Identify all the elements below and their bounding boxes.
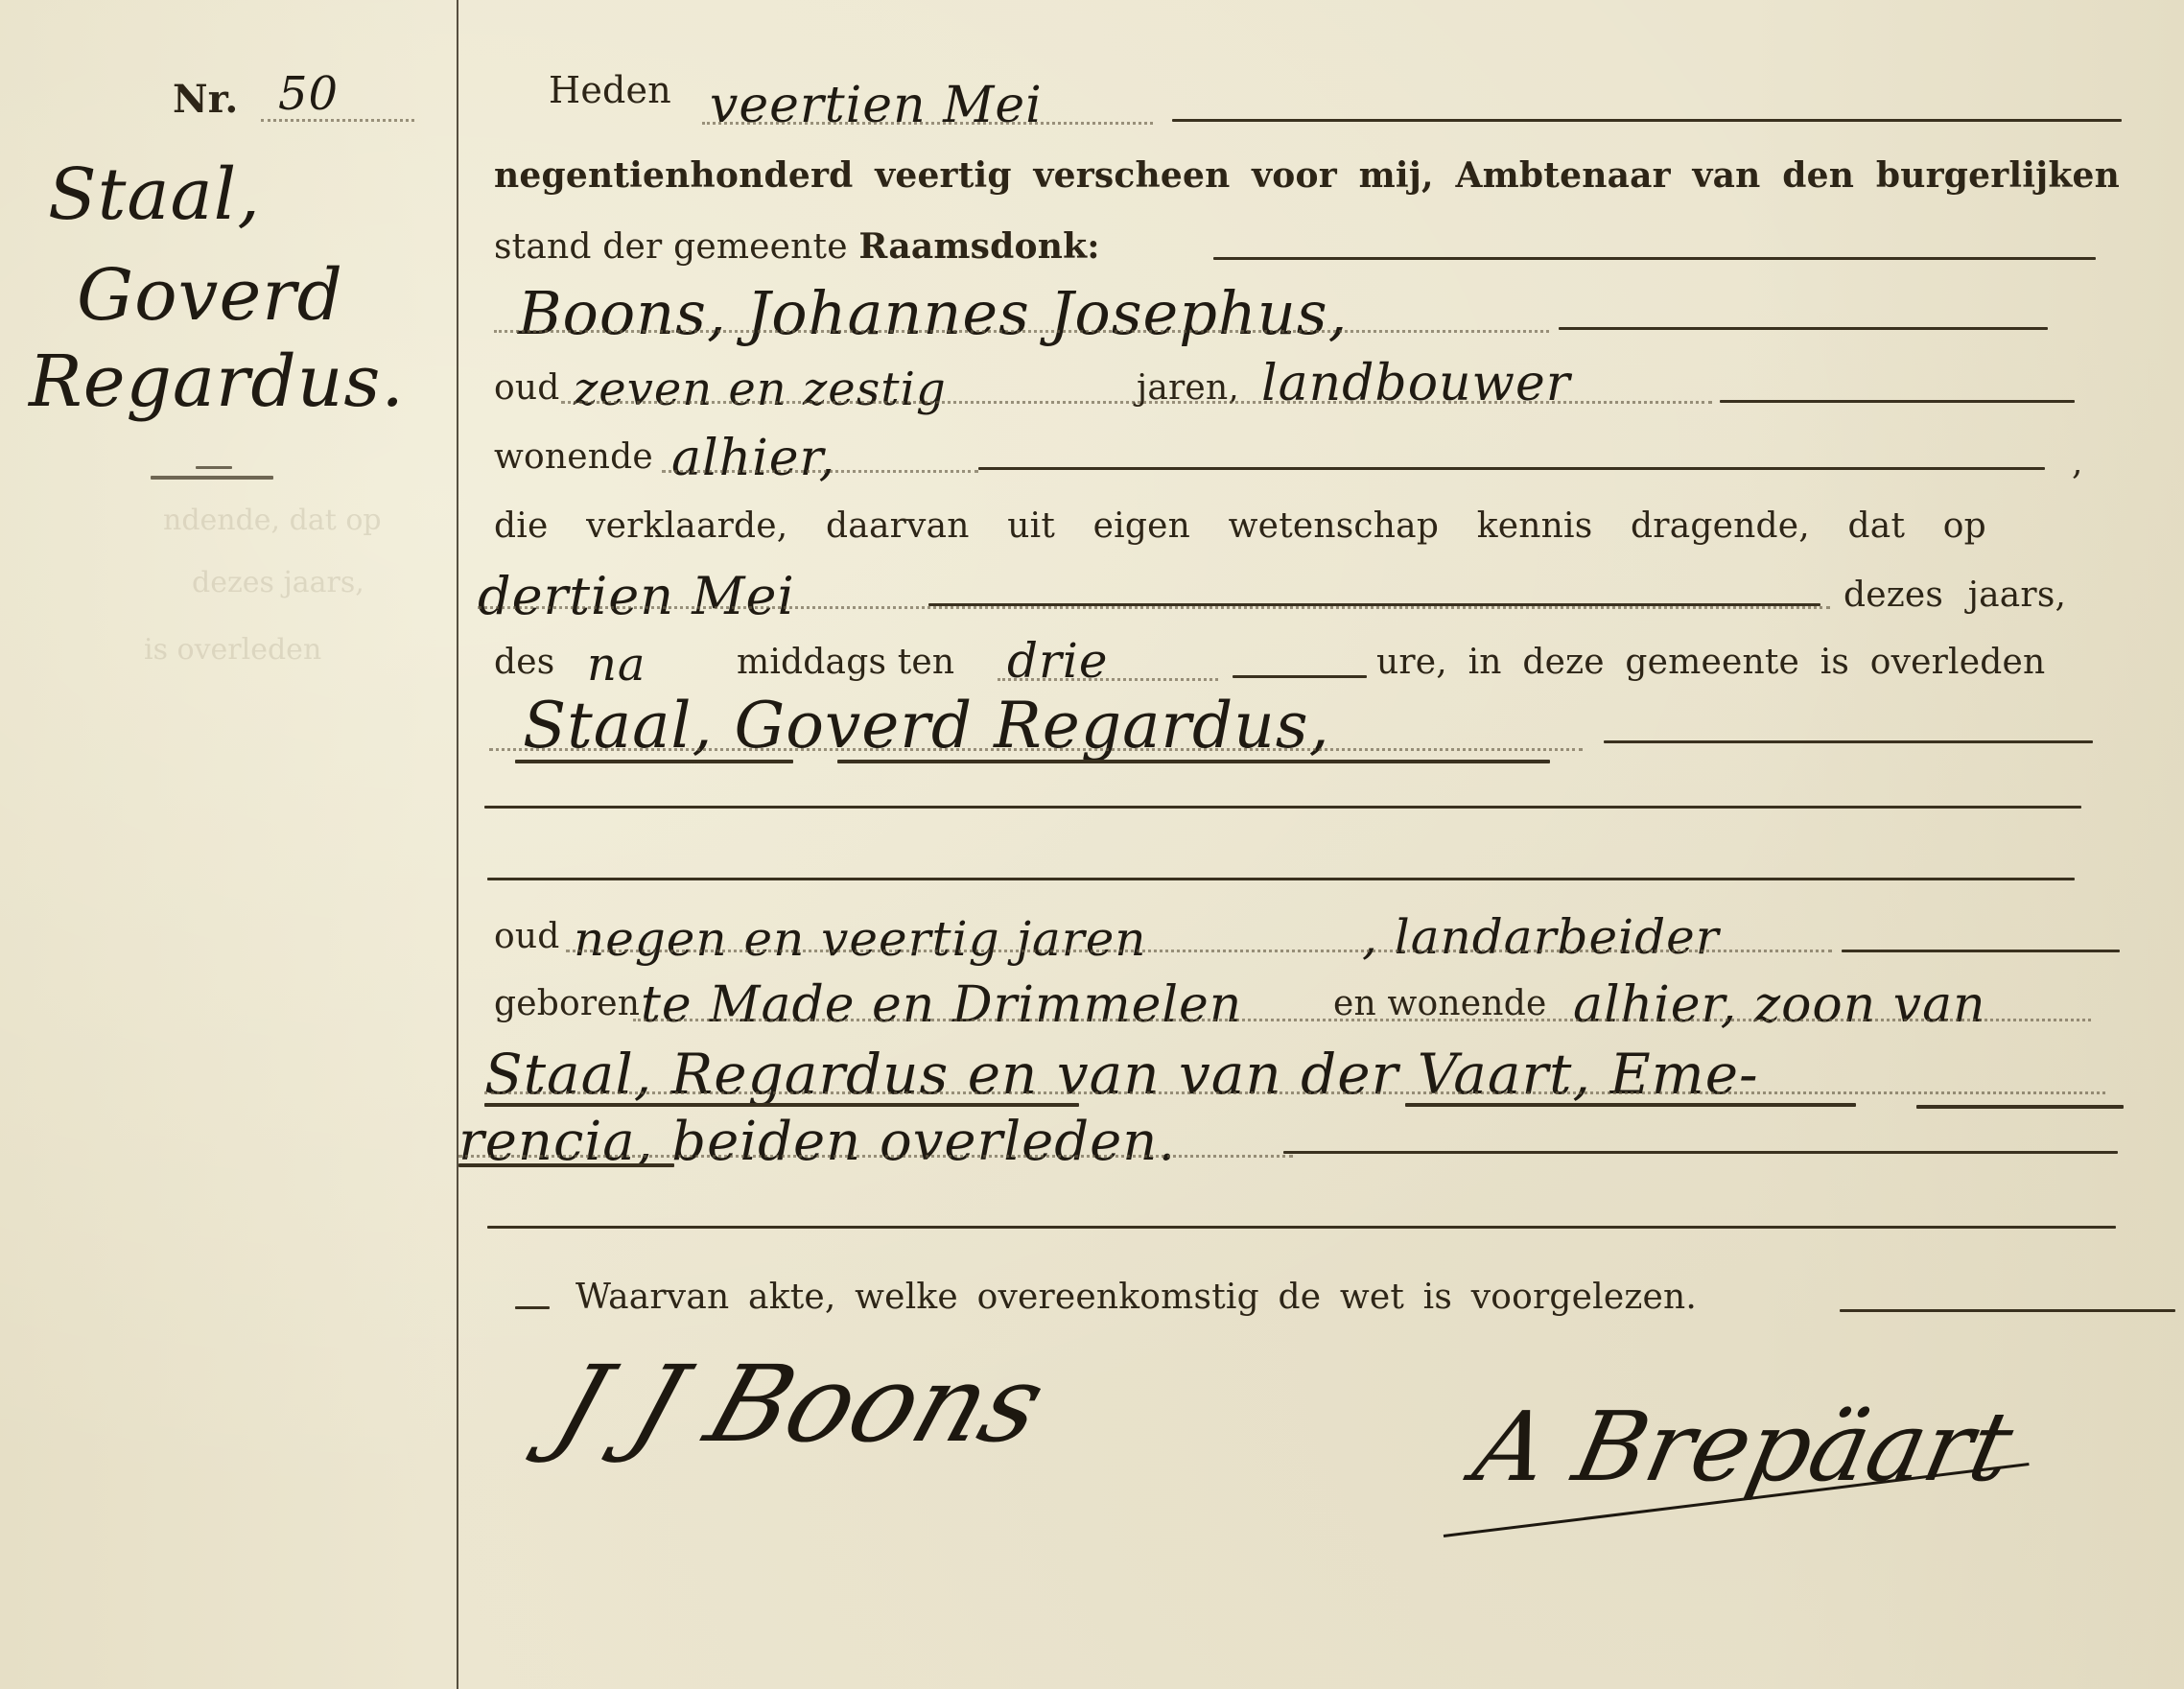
date-of-record: veertien Mei	[710, 77, 1043, 134]
line3-text: stand der gemeente Raamsdonk:	[494, 226, 1100, 267]
record-number-dotted-line	[261, 119, 414, 122]
closing-text: Waarvan akte, welke overeenkomstig de we…	[575, 1278, 1697, 1317]
line16-rule	[1283, 1151, 2118, 1154]
heden-label: Heden	[549, 69, 671, 111]
deceased-birthplace: te Made en Drimmelen	[641, 976, 1242, 1034]
municipality: Raamsdonk:	[858, 226, 1099, 267]
line13-rule	[1842, 950, 2120, 952]
line6-wonende: wonende	[494, 437, 653, 477]
line5-oud: oud	[494, 368, 560, 408]
line8-rule	[928, 603, 1820, 606]
line1-rule	[1172, 119, 2122, 122]
line9-middags: middags ten	[737, 643, 954, 682]
line6-comma: ,	[2072, 443, 2083, 482]
father-name-underline	[484, 1103, 1079, 1107]
line5-dots	[561, 401, 1712, 404]
deceased-residence: alhier, zoon van	[1573, 976, 1986, 1034]
date-of-death: dertien Mei	[478, 566, 795, 626]
record-number-label: Nr.	[173, 77, 239, 122]
mother-firstname-underline	[1916, 1105, 2124, 1109]
line4-dots	[494, 330, 1549, 333]
line16-dots	[458, 1155, 1293, 1158]
blank-line-1	[484, 806, 2081, 809]
mother-surname-underline	[1405, 1103, 1856, 1107]
declarant-residence: alhier,	[671, 430, 835, 487]
closing-rule	[1840, 1309, 2175, 1312]
declarant-signature: J J Boons	[541, 1343, 1059, 1466]
line14-dots	[633, 1019, 2091, 1021]
declarant-name: Boons, Johannes Josephus,	[518, 278, 1348, 348]
bleed-through-1: ndende, dat op	[163, 504, 382, 537]
margin-closing-rule	[151, 476, 273, 480]
line14-geboren: geboren	[494, 984, 640, 1023]
line8-dots	[478, 606, 1830, 609]
line1-dots	[702, 122, 1153, 125]
line13-oud: oud	[494, 917, 560, 956]
column-divider	[457, 0, 458, 1689]
stand-der-gemeente: stand der gemeente	[494, 227, 858, 267]
line10-dots	[489, 748, 1583, 751]
margin-short-dash	[196, 466, 232, 469]
line13-dots	[566, 950, 1832, 952]
bleed-through-2: dezes jaars,	[192, 566, 364, 599]
line6-rule	[978, 467, 2045, 470]
deceased-occupation: , landarbeider	[1362, 909, 1720, 965]
deceased-name: Staal, Goverd Regardus,	[523, 689, 1330, 762]
line8-dezes-jaars: dezes jaars,	[1843, 575, 2066, 615]
line9-rule	[1233, 675, 1367, 678]
line2-text: negentienhonderd veertig verscheen voor …	[494, 155, 2120, 196]
line10-rule	[1604, 740, 2093, 743]
record-number-value: 50	[278, 67, 339, 121]
deceased-surname-underline	[515, 760, 793, 763]
line14-wonende: en wonende	[1333, 984, 1546, 1023]
line6-dots	[662, 470, 978, 473]
margin-name-first: Goverd	[77, 254, 343, 337]
line4-rule	[1559, 327, 2048, 330]
line15-dots	[484, 1091, 2105, 1094]
blank-line-2	[487, 878, 2075, 880]
deceased-firstnames-underline	[837, 760, 1550, 763]
mother-firstname-cont-underline	[458, 1163, 674, 1167]
line5-rule	[1720, 400, 2075, 403]
heden-text: Heden	[549, 69, 671, 111]
official-signature: A Brepäart	[1466, 1391, 2023, 1503]
declarant-occupation: landbouwer	[1261, 355, 1571, 412]
blank-line-3	[487, 1226, 2116, 1229]
line7-text: die verklaarde, daarvan uit eigen wetens…	[494, 506, 1986, 546]
closing-dash	[515, 1306, 550, 1309]
declarant-age: zeven en zestig	[574, 363, 947, 416]
line3-rule	[1213, 257, 2096, 260]
margin-name-second: Regardus.	[29, 340, 405, 423]
margin-name-surname: Staal,	[48, 153, 261, 236]
deceased-age: negen en veertig jaren	[574, 911, 1147, 967]
line9-dots	[998, 678, 1218, 681]
line9-des: des	[494, 643, 554, 682]
bleed-through-3: is overleden	[144, 633, 321, 667]
time-of-day: na	[587, 638, 646, 692]
line9-text: ure, in deze gemeente is overleden	[1376, 643, 2045, 682]
parents-names: Staal, Regardus en van van der Vaart, Em…	[484, 1042, 1759, 1107]
